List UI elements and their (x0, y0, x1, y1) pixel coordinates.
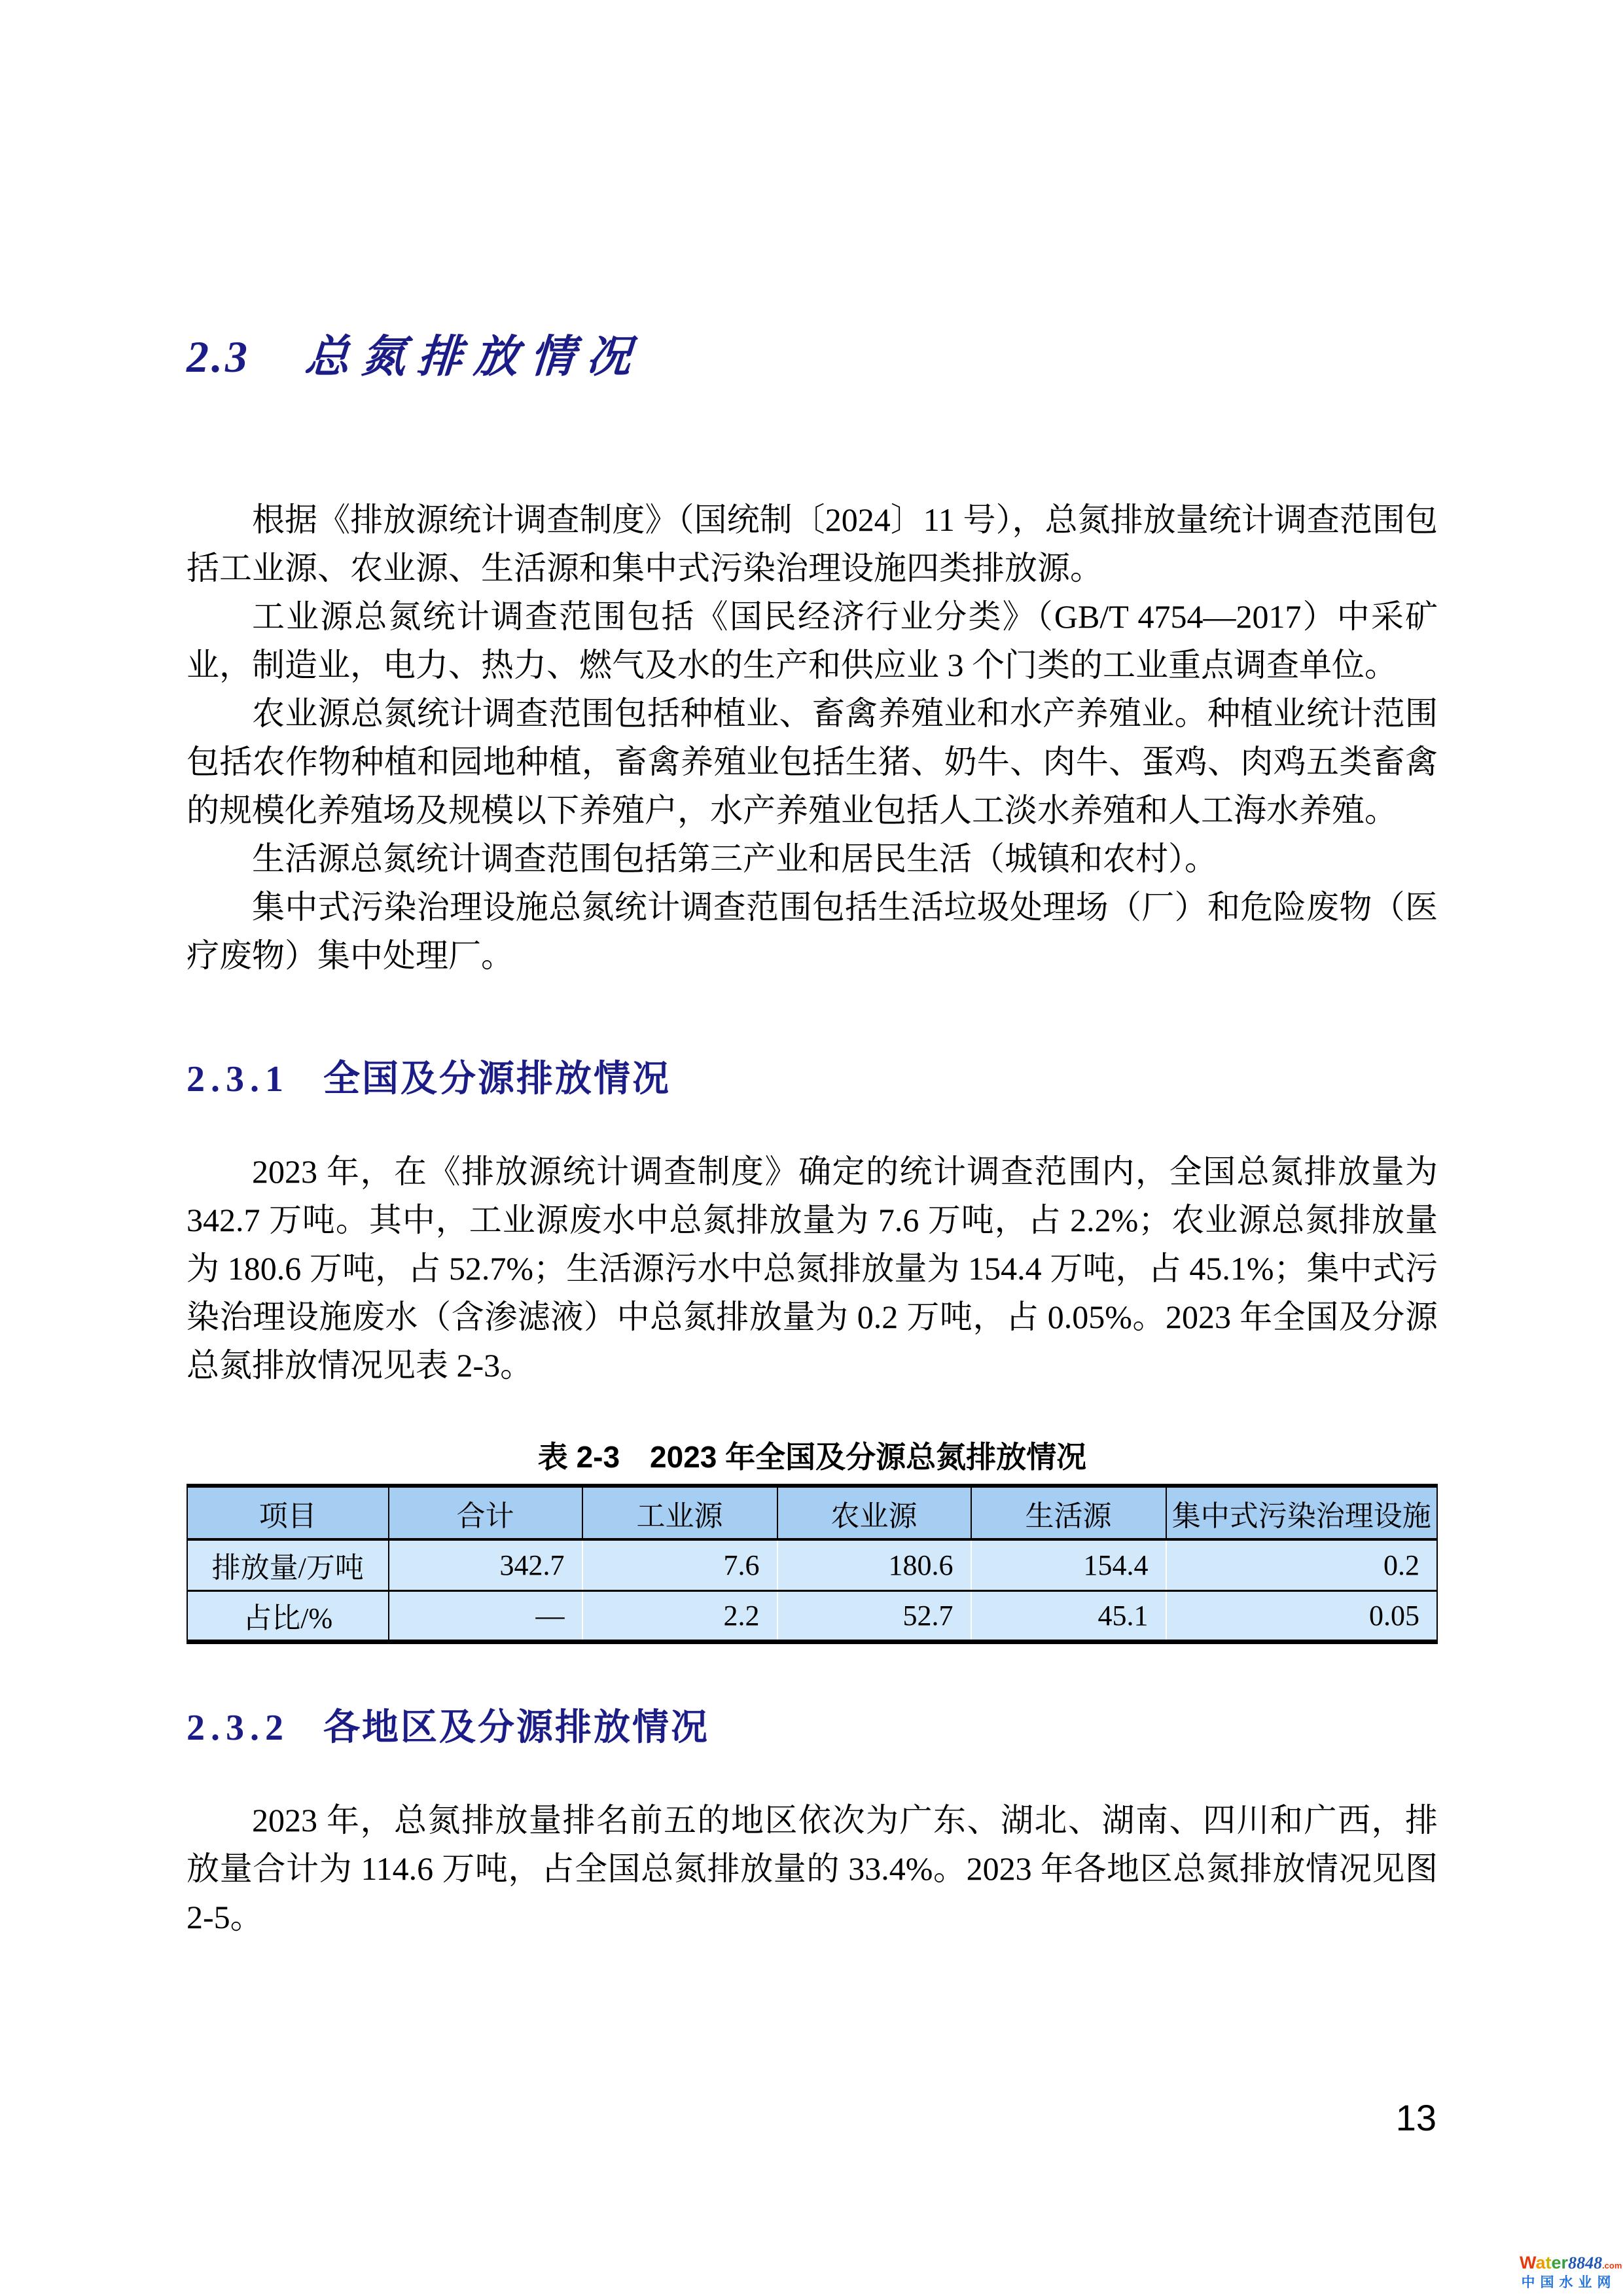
table-row: 占比/% — 2.2 52.7 45.1 0.05 (187, 1590, 1437, 1641)
column-header: 生活源 (971, 1486, 1166, 1539)
table-cell: 0.05 (1166, 1590, 1438, 1641)
table-cell: 154.4 (971, 1539, 1166, 1590)
table-cell: 342.7 (389, 1539, 582, 1590)
document-page: 2.3总氮排放情况 根据《排放源统计调查制度》（国统制〔2024〕11 号），总… (0, 0, 1623, 2296)
paragraph: 2023 年，总氮排放量排名前五的地区依次为广东、湖北、湖南、四川和广西，排放量… (187, 1796, 1438, 1941)
table-header-row: 项目 合计 工业源 农业源 生活源 集中式污染治理设施 (187, 1486, 1437, 1539)
column-header: 工业源 (582, 1486, 777, 1539)
intro-paragraphs: 根据《排放源统计调查制度》（国统制〔2024〕11 号），总氮排放量统计调查范围… (187, 495, 1438, 980)
table-cell: — (389, 1590, 582, 1641)
paragraph: 2023 年，在《排放源统计调查制度》确定的统计调查范围内，全国总氮排放量为 3… (187, 1147, 1438, 1390)
brand-domain: .com (1602, 2261, 1622, 2270)
table-cell: 45.1 (971, 1590, 1166, 1641)
chapter-title-text: 总氮排放情况 (303, 331, 645, 383)
brand-letter: a (1535, 2253, 1545, 2272)
brand-letter: e (1552, 2253, 1561, 2272)
paragraph: 根据《排放源统计调查制度》（国统制〔2024〕11 号），总氮排放量统计调查范围… (187, 495, 1438, 592)
table-cell: 7.6 (582, 1539, 777, 1590)
water8848-brand: Water8848.com (1520, 2254, 1618, 2272)
table-cell: 180.6 (777, 1539, 971, 1590)
row-label: 排放量/万吨 (187, 1539, 389, 1590)
brand-letter: r (1561, 2253, 1569, 2272)
chapter-title: 2.3总氮排放情况 (187, 331, 1438, 383)
chapter-number: 2.3 (187, 332, 250, 382)
paragraph: 工业源总氮统计调查范围包括《国民经济行业分类》（GB/T 4754—2017）中… (187, 592, 1438, 689)
page-number: 13 (1396, 2098, 1436, 2138)
brand-letter: t (1546, 2253, 1552, 2272)
column-header: 合计 (389, 1486, 582, 1539)
subsection-number: 2.3.1 (187, 1059, 289, 1100)
emissions-table: 项目 合计 工业源 农业源 生活源 集中式污染治理设施 排放量/万吨 342.7… (187, 1484, 1438, 1644)
water8848-watermark-logo: Water8848.com 中国水业网 (1520, 2254, 1618, 2289)
table-row: 排放量/万吨 342.7 7.6 180.6 154.4 0.2 (187, 1539, 1437, 1590)
brand-letter: W (1520, 2253, 1535, 2272)
table-cell: 52.7 (777, 1590, 971, 1641)
subsection-title-text: 各地区及分源排放情况 (323, 1708, 709, 1748)
table-caption: 表 2-3 2023 年全国及分源总氮排放情况 (187, 1439, 1438, 1475)
row-label: 占比/% (187, 1590, 389, 1641)
watermark-subtitle: 中国水业网 (1520, 2276, 1618, 2289)
subsection-title-text: 全国及分源排放情况 (323, 1059, 671, 1100)
table-cell: 2.2 (582, 1590, 777, 1641)
page-content: 2.3总氮排放情况 根据《排放源统计调查制度》（国统制〔2024〕11 号），总… (187, 0, 1438, 1941)
subsection-title-231: 2.3.1全国及分源排放情况 (187, 1053, 1438, 1105)
paragraph: 生活源总氮统计调查范围包括第三产业和居民生活（城镇和农村）。 (187, 834, 1438, 883)
paragraph: 集中式污染治理设施总氮统计调查范围包括生活垃圾处理场（厂）和危险废物（医疗废物）… (187, 883, 1438, 980)
column-header: 农业源 (777, 1486, 971, 1539)
column-header: 集中式污染治理设施 (1166, 1486, 1438, 1539)
brand-number: 8848 (1568, 2253, 1602, 2272)
subsection-number: 2.3.2 (187, 1708, 289, 1748)
table-cell: 0.2 (1166, 1539, 1438, 1590)
paragraph: 农业源总氮统计调查范围包括种植业、畜禽养殖业和水产养殖业。种植业统计范围包括农作… (187, 689, 1438, 834)
subsection-title-232: 2.3.2各地区及分源排放情况 (187, 1702, 1438, 1754)
column-header: 项目 (187, 1486, 389, 1539)
